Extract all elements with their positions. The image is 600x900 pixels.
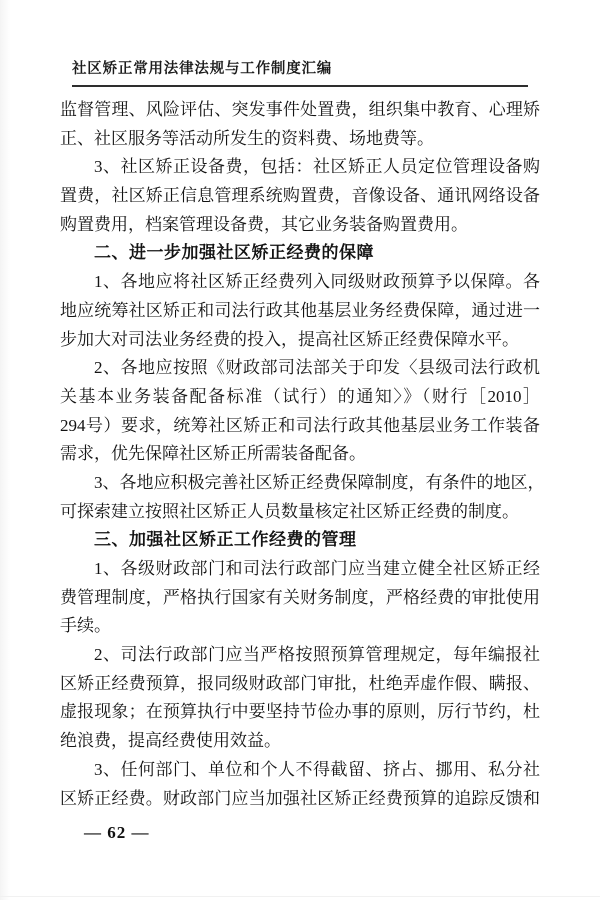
body-line: 3、社区矫正设备费，包括：社区矫正人员定位管理设备购 [60, 153, 540, 182]
body-line: 虚报现象；在预算执行中要坚持节俭办事的原则，厉行节约，杜 [60, 698, 540, 727]
page-footer: — 62 — [84, 823, 150, 843]
section-heading: 二、进一步加强社区矫正经费的保障 [60, 239, 540, 268]
body-line: 区矫正经费。财政部门应当加强社区矫正经费预算的追踪反馈和 [60, 785, 540, 814]
body-line: 3、任何部门、单位和个人不得截留、挤占、挪用、私分社 [60, 756, 540, 785]
body-line: 地应统筹社区矫正和司法行政其他基层业务经费保障，通过进一 [60, 297, 540, 326]
body-text: 监督管理、风险评估、突发事件处置费，组织集中教育、心理矫正、社区服务等活动所发生… [60, 96, 540, 813]
body-line: 监督管理、风险评估、突发事件处置费，组织集中教育、心理矫 [60, 96, 540, 125]
body-line: 1、各级财政部门和司法行政部门应当建立健全社区矫正经 [60, 555, 540, 584]
section-heading: 三、加强社区矫正工作经费的管理 [60, 526, 540, 555]
body-line: 区矫正经费预算，报同级财政部门审批，杜绝弄虚作假、瞒报、 [60, 670, 540, 699]
body-line: 可探索建立按照社区矫正人员数量核定社区矫正经费的制度。 [60, 498, 540, 527]
running-header-title: 社区矫正常用法律法规与工作制度汇编 [72, 57, 332, 78]
body-line: 费管理制度，严格执行国家有关财务制度，严格经费的审批使用 [60, 584, 540, 613]
page-number: — 62 — [84, 823, 150, 842]
body-line: 绝浪费，提高经费使用效益。 [60, 727, 540, 756]
body-line: 294号）要求，统筹社区矫正和司法行政其他基层业务工作装备 [60, 412, 540, 441]
body-line: 正、社区服务等活动所发生的资料费、场地费等。 [60, 125, 540, 154]
body-line: 置费，社区矫正信息管理系统购置费，音像设备、通讯网络设备 [60, 182, 540, 211]
body-line: 购置费用，档案管理设备费，其它业务装备购置费用。 [60, 211, 540, 240]
body-line: 1、各地应将社区矫正经费列入同级财政预算予以保障。各 [60, 268, 540, 297]
body-line: 2、各地应按照《财政部司法部关于印发〈县级司法行政机 [60, 354, 540, 383]
body-line: 手续。 [60, 612, 540, 641]
body-line: 3、各地应积极完善社区矫正经费保障制度，有条件的地区， [60, 469, 540, 498]
body-line: 2、司法行政部门应当严格按照预算管理规定，每年编报社 [60, 641, 540, 670]
header-rule [72, 85, 528, 87]
book-page: 社区矫正常用法律法规与工作制度汇编 监督管理、风险评估、突发事件处置费，组织集中… [0, 0, 600, 900]
body-line: 步加大对司法业务经费的投入，提高社区矫正经费保障水平。 [60, 326, 540, 355]
body-line: 需求，优先保障社区矫正所需装备配备。 [60, 440, 540, 469]
body-line: 关基本业务装备配备标准（试行）的通知〉》（财行［2010］ [60, 383, 540, 412]
